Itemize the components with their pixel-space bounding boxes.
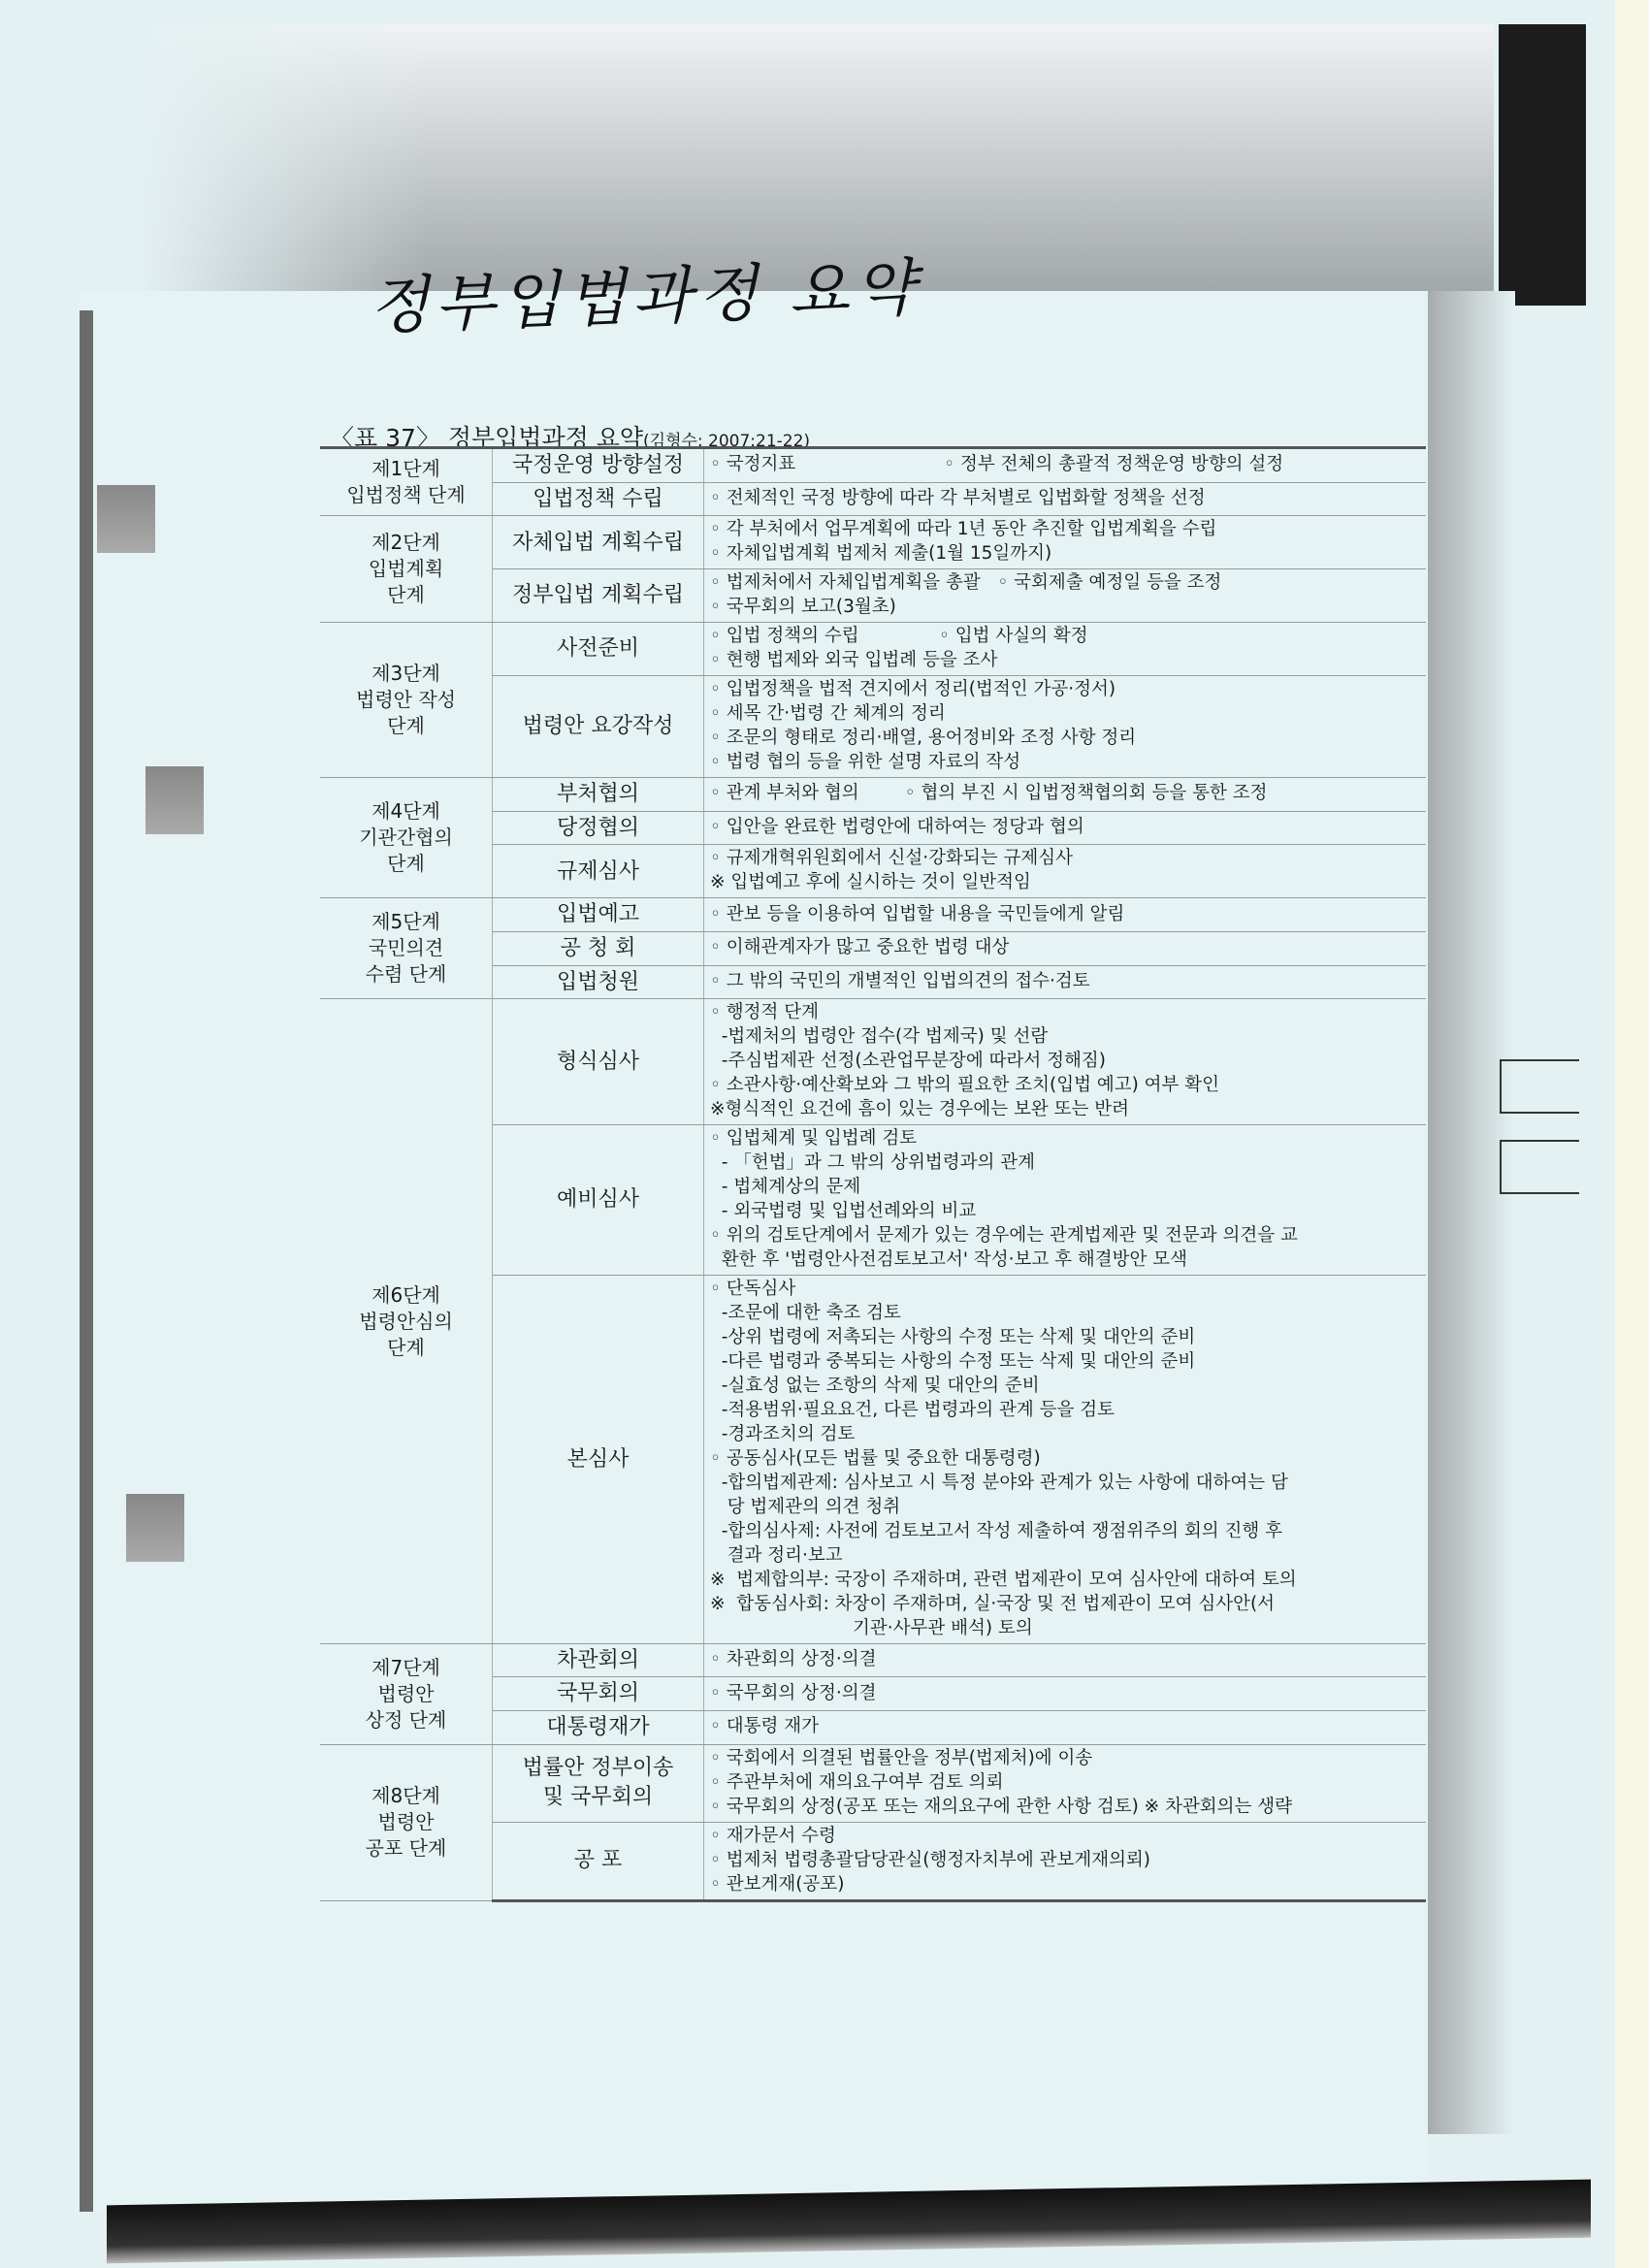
scan-artifact bbox=[126, 1494, 184, 1562]
table-row: 제3단계 법령안 작성 단계사전준비◦ 입법 정책의 수립 ◦ 입법 사실의 확… bbox=[320, 623, 1426, 676]
detail-line: ◦ 입법체계 및 입법례 검토 bbox=[710, 1127, 1420, 1151]
substep-cell: 입법정책 수립 bbox=[493, 482, 704, 516]
substep-cell: 형식심사 bbox=[493, 999, 704, 1125]
detail-line: ◦ 세목 간·법령 간 체계의 정리 bbox=[710, 702, 1420, 727]
detail-line: ◦ 입법정책을 법적 견지에서 정리(법적인 가공·정서) bbox=[710, 678, 1420, 702]
detail-line: -경과조치의 검토 bbox=[710, 1423, 1420, 1447]
detail-line: ◦ 국정지표 ◦ 정부 전체의 총괄적 정책운영 방향의 설정 bbox=[710, 453, 1420, 477]
table-row: 제8단계 법령안 공포 단계법률안 정부이송 및 국무회의◦ 국회에서 의결된 … bbox=[320, 1744, 1426, 1822]
detail-line: -적용범위·필요요건, 다른 법령과의 관계 등을 검토 bbox=[710, 1399, 1420, 1423]
substep-cell: 입법예고 bbox=[493, 898, 704, 932]
detail-line: ◦ 재가문서 수령 bbox=[710, 1825, 1420, 1849]
detail-line: 환한 후 '법령안사전검토보고서' 작성·보고 후 해결방안 모색 bbox=[710, 1248, 1420, 1273]
detail-cell: ◦ 각 부처에서 업무계획에 따라 1년 동안 추진할 입법계획을 수립◦ 자체… bbox=[704, 516, 1427, 569]
detail-line: ◦ 각 부처에서 업무계획에 따라 1년 동안 추진할 입법계획을 수립 bbox=[710, 518, 1420, 542]
detail-line: ◦ 현행 법제와 외국 입법례 등을 조사 bbox=[710, 649, 1420, 673]
detail-line: ◦ 조문의 형태로 정리·배열, 용어정비와 조정 사항 정리 bbox=[710, 727, 1420, 751]
detail-line: ◦ 전체적인 국정 방향에 따라 각 부처별로 입법화할 정책을 선정 bbox=[710, 487, 1420, 511]
detail-line: -법제처의 법령안 접수(각 법제국) 및 선람 bbox=[710, 1025, 1420, 1050]
detail-line: -조문에 대한 축조 검토 bbox=[710, 1302, 1420, 1326]
detail-cell: ◦ 입법정책을 법적 견지에서 정리(법적인 가공·정서)◦ 세목 간·법령 간… bbox=[704, 676, 1427, 778]
detail-cell: ◦ 행정적 단계 -법제처의 법령안 접수(각 법제국) 및 선람 -주심법제관… bbox=[704, 999, 1427, 1125]
detail-line: -다른 법령과 중복되는 사항의 수정 또는 삭제 및 대안의 준비 bbox=[710, 1350, 1420, 1375]
page-gutter-shadow bbox=[1428, 291, 1515, 2134]
detail-line: ◦ 차관회의 상정·의결 bbox=[710, 1648, 1420, 1672]
substep-cell: 본심사 bbox=[493, 1276, 704, 1644]
detail-cell: ◦ 관계 부처와 협의 ◦ 협의 부진 시 입법정책협의회 등을 통한 조정 bbox=[704, 778, 1427, 812]
stage-cell: 제8단계 법령안 공포 단계 bbox=[320, 1744, 493, 1900]
detail-line: -합의법제관제: 심사보고 시 특정 분야와 관계가 있는 사항에 대하여는 담 bbox=[710, 1472, 1420, 1496]
margin-box bbox=[1500, 1140, 1579, 1194]
detail-line: ◦ 관보게재(공포) bbox=[710, 1873, 1420, 1897]
substep-cell: 국무회의 bbox=[493, 1677, 704, 1711]
detail-line: ◦ 규제개혁위원회에서 신설·강화되는 규제심사 bbox=[710, 847, 1420, 871]
detail-line: ◦ 행정적 단계 bbox=[710, 1001, 1420, 1025]
table-row: 제2단계 입법계획 단계자체입법 계획수립◦ 각 부처에서 업무계획에 따라 1… bbox=[320, 516, 1426, 569]
detail-line: ◦ 국무회의 상정(공포 또는 재의요구에 관한 사항 검토) ※ 차관회의는 … bbox=[710, 1796, 1420, 1820]
table-row: 제1단계 입법정책 단계국정운영 방향설정◦ 국정지표 ◦ 정부 전체의 총괄적… bbox=[320, 448, 1426, 483]
substep-cell: 공 청 회 bbox=[493, 932, 704, 966]
detail-line: ◦ 주관부처에 재의요구여부 검토 의뢰 bbox=[710, 1771, 1420, 1796]
table-row: 제5단계 국민의견 수렴 단계입법예고◦ 관보 등을 이용하여 입법할 내용을 … bbox=[320, 898, 1426, 932]
detail-line: ※형식적인 요건에 흠이 있는 경우에는 보완 또는 반려 bbox=[710, 1098, 1420, 1122]
detail-line: -주심법제관 선정(소관업무분장에 따라서 정해짐) bbox=[710, 1050, 1420, 1074]
substep-cell: 당정협의 bbox=[493, 811, 704, 845]
detail-line: ◦ 대통령 재가 bbox=[710, 1715, 1420, 1739]
detail-cell: ◦ 규제개혁위원회에서 신설·강화되는 규제심사※ 입법예고 후에 실시하는 것… bbox=[704, 845, 1427, 898]
detail-cell: ◦ 국정지표 ◦ 정부 전체의 총괄적 정책운영 방향의 설정 bbox=[704, 448, 1427, 483]
detail-line: ◦ 국무회의 보고(3월초) bbox=[710, 596, 1420, 620]
detail-cell: ◦ 단독심사 -조문에 대한 축조 검토 -상위 법령에 저촉되는 사항의 수정… bbox=[704, 1276, 1427, 1644]
detail-line: ※ 입법예고 후에 실시하는 것이 일반적임 bbox=[710, 871, 1420, 895]
detail-cell: ◦ 재가문서 수령◦ 법제처 법령총괄담당관실(행정자치부에 관보게재의뢰)◦ … bbox=[704, 1822, 1427, 1900]
substep-cell: 차관회의 bbox=[493, 1643, 704, 1677]
detail-line: ※ 합동심사회: 차장이 주재하며, 실·국장 및 전 법제관이 모여 심사안(… bbox=[710, 1593, 1420, 1617]
detail-line: ◦ 법제처에서 자체입법계획을 총괄 ◦ 국회제출 예정일 등을 조정 bbox=[710, 571, 1420, 596]
substep-cell: 사전준비 bbox=[493, 623, 704, 676]
detail-cell: ◦ 입법 정책의 수립 ◦ 입법 사실의 확정◦ 현행 법제와 외국 입법례 등… bbox=[704, 623, 1427, 676]
stage-cell: 제1단계 입법정책 단계 bbox=[320, 448, 493, 516]
detail-line: ◦ 위의 검토단계에서 문제가 있는 경우에는 관계법제관 및 전문과 의견을 … bbox=[710, 1224, 1420, 1248]
substep-cell: 법령안 요강작성 bbox=[493, 676, 704, 778]
page-left-edge bbox=[80, 310, 93, 2212]
detail-line: ◦ 그 밖의 국민의 개별적인 입법의견의 접수·검토 bbox=[710, 970, 1420, 994]
table-row: 제7단계 법령안 상정 단계차관회의◦ 차관회의 상정·의결 bbox=[320, 1643, 1426, 1677]
substep-cell: 자체입법 계획수립 bbox=[493, 516, 704, 569]
detail-cell: ◦ 국무회의 상정·의결 bbox=[704, 1677, 1427, 1711]
detail-line: ◦ 공동심사(모든 법률 및 중요한 대통령령) bbox=[710, 1447, 1420, 1472]
stage-cell: 제6단계 법령안심의 단계 bbox=[320, 999, 493, 1643]
substep-cell: 규제심사 bbox=[493, 845, 704, 898]
scan-top-dark-edge bbox=[1499, 24, 1586, 306]
detail-line: - 「헌법」과 그 밖의 상위법령과의 관계 bbox=[710, 1151, 1420, 1176]
detail-cell: ◦ 이해관계자가 많고 중요한 법령 대상 bbox=[704, 932, 1427, 966]
table-row: 제4단계 기관간협의 단계부처협의◦ 관계 부처와 협의 ◦ 협의 부진 시 입… bbox=[320, 778, 1426, 812]
detail-line: ◦ 국무회의 상정·의결 bbox=[710, 1682, 1420, 1706]
margin-box bbox=[1500, 1059, 1579, 1114]
detail-line: ◦ 관계 부처와 협의 ◦ 협의 부진 시 입법정책협의회 등을 통한 조정 bbox=[710, 782, 1420, 806]
detail-line: ◦ 자체입법계획 법제처 제출(1월 15일까지) bbox=[710, 542, 1420, 567]
detail-cell: ◦ 국회에서 의결된 법률안을 정부(법제처)에 이송◦ 주관부처에 재의요구여… bbox=[704, 1744, 1427, 1822]
substep-cell: 공 포 bbox=[493, 1822, 704, 1900]
scan-artifact bbox=[145, 766, 204, 834]
scan-right-strip bbox=[1615, 0, 1649, 2268]
detail-line: -상위 법령에 저촉되는 사항의 수정 또는 삭제 및 대안의 준비 bbox=[710, 1326, 1420, 1350]
detail-cell: ◦ 대통령 재가 bbox=[704, 1711, 1427, 1745]
stage-cell: 제7단계 법령안 상정 단계 bbox=[320, 1643, 493, 1744]
detail-cell: ◦ 법제처에서 자체입법계획을 총괄 ◦ 국회제출 예정일 등을 조정◦ 국무회… bbox=[704, 569, 1427, 623]
table-row: 제6단계 법령안심의 단계형식심사◦ 행정적 단계 -법제처의 법령안 접수(각… bbox=[320, 999, 1426, 1125]
detail-line: - 법체계상의 문제 bbox=[710, 1176, 1420, 1200]
substep-cell: 국정운영 방향설정 bbox=[493, 448, 704, 483]
detail-cell: ◦ 차관회의 상정·의결 bbox=[704, 1643, 1427, 1677]
substep-cell: 예비심사 bbox=[493, 1125, 704, 1276]
detail-line: -실효성 없는 조항의 삭제 및 대안의 준비 bbox=[710, 1375, 1420, 1399]
detail-cell: ◦ 입안을 완료한 법령안에 대하여는 정당과 협의 bbox=[704, 811, 1427, 845]
detail-line: ◦ 입안을 완료한 법령안에 대하여는 정당과 협의 bbox=[710, 816, 1420, 840]
scan-artifact bbox=[97, 485, 155, 553]
detail-line: ◦ 입법 정책의 수립 ◦ 입법 사실의 확정 bbox=[710, 625, 1420, 649]
detail-line: ◦ 관보 등을 이용하여 입법할 내용을 국민들에게 알림 bbox=[710, 903, 1420, 927]
detail-cell: ◦ 입법체계 및 입법례 검토 - 「헌법」과 그 밖의 상위법령과의 관계 -… bbox=[704, 1125, 1427, 1276]
detail-line: 기관·사무관 배석) 토의 bbox=[710, 1617, 1420, 1641]
detail-line: ◦ 이해관계자가 많고 중요한 법령 대상 bbox=[710, 936, 1420, 960]
detail-cell: ◦ 관보 등을 이용하여 입법할 내용을 국민들에게 알림 bbox=[704, 898, 1427, 932]
substep-cell: 부처협의 bbox=[493, 778, 704, 812]
detail-line: ◦ 소관사항·예산확보와 그 밖의 필요한 조치(입법 예고) 여부 확인 bbox=[710, 1074, 1420, 1098]
substep-cell: 입법청원 bbox=[493, 965, 704, 999]
detail-line: ※ 법제합의부: 국장이 주재하며, 관련 법제관이 모여 심사안에 대하여 토… bbox=[710, 1569, 1420, 1593]
detail-cell: ◦ 그 밖의 국민의 개별적인 입법의견의 접수·검토 bbox=[704, 965, 1427, 999]
detail-line: ◦ 단독심사 bbox=[710, 1278, 1420, 1302]
detail-line: 결과 정리·보고 bbox=[710, 1544, 1420, 1569]
detail-line: 당 법제관의 의견 청취 bbox=[710, 1496, 1420, 1520]
stage-cell: 제5단계 국민의견 수렴 단계 bbox=[320, 898, 493, 999]
detail-line: - 외국법령 및 입법선례와의 비교 bbox=[710, 1200, 1420, 1224]
stage-cell: 제4단계 기관간협의 단계 bbox=[320, 778, 493, 898]
substep-cell: 대통령재가 bbox=[493, 1711, 704, 1745]
legislation-process-table: 제1단계 입법정책 단계국정운영 방향설정◦ 국정지표 ◦ 정부 전체의 총괄적… bbox=[320, 446, 1426, 1902]
detail-line: ◦ 법령 협의 등을 위한 설명 자료의 작성 bbox=[710, 751, 1420, 775]
detail-cell: ◦ 전체적인 국정 방향에 따라 각 부처별로 입법화할 정책을 선정 bbox=[704, 482, 1427, 516]
substep-cell: 법률안 정부이송 및 국무회의 bbox=[493, 1744, 704, 1822]
substep-cell: 정부입법 계획수립 bbox=[493, 569, 704, 623]
detail-line: ◦ 국회에서 의결된 법률안을 정부(법제처)에 이송 bbox=[710, 1747, 1420, 1771]
detail-line: -합의심사제: 사전에 검토보고서 작성 제출하여 쟁점위주의 회의 진행 후 bbox=[710, 1520, 1420, 1544]
stage-cell: 제2단계 입법계획 단계 bbox=[320, 516, 493, 623]
detail-line: ◦ 법제처 법령총괄담당관실(행정자치부에 관보게재의뢰) bbox=[710, 1849, 1420, 1873]
stage-cell: 제3단계 법령안 작성 단계 bbox=[320, 623, 493, 778]
